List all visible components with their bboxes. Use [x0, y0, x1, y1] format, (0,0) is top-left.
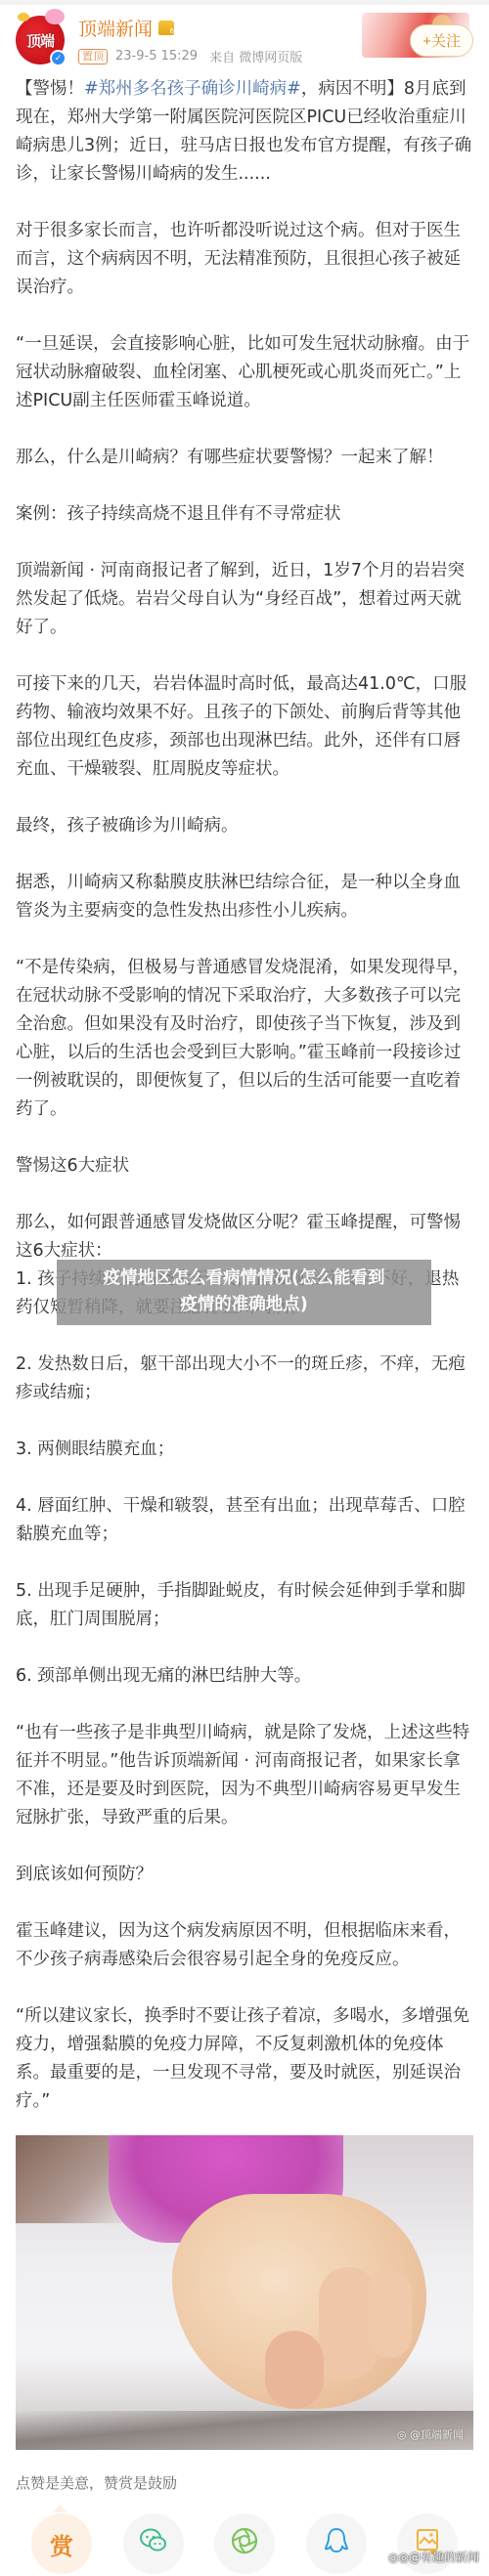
- hashtag-link[interactable]: #郑州多名孩子确诊川崎病#: [84, 79, 301, 99]
- intro-paragraph: 【警惕！#郑州多名孩子确诊川崎病#，病因不明】8月底到现在，郑州大学第一附属医院…: [16, 75, 473, 189]
- section-heading: 到底该如何预防？: [16, 1861, 473, 1889]
- user-name[interactable]: 顶端新闻: [78, 15, 153, 41]
- qq-penguin-icon: [324, 2526, 349, 2561]
- follow-button[interactable]: +关注: [410, 24, 473, 57]
- reward-pointer-arrow: [53, 2505, 67, 2512]
- section-heading: 案例：孩子持续高烧不退且伴有不寻常症状: [16, 500, 473, 529]
- share-moments-button[interactable]: [214, 2513, 275, 2574]
- wechat-icon: [139, 2527, 168, 2560]
- paragraph: 顶端新闻 · 河南商报记者了解到，近日，1岁7个月的岩岩突然发起了低烧。岩岩父母…: [16, 557, 473, 642]
- paragraph: 霍玉峰建议，因为这个病发病原因不明，但根据临床来看，不少孩子病毒感染后会很容易引…: [16, 1917, 473, 1974]
- image-watermark: ◎ @顶端新闻: [397, 2426, 464, 2442]
- avatar-text: 顶端: [26, 30, 54, 51]
- paragraph: 那么，什么是川崎病？有哪些症状要警惕？一起来了解！: [16, 444, 473, 472]
- image-finger: [368, 2270, 412, 2358]
- title-overlay-banner: 疫情地区怎么看病情情况(怎么能看到 疫情的准确地点): [57, 1260, 431, 1325]
- symptom-item: 2. 发热数日后，躯干部出现大小不一的斑丘疹，不痒，无疱疹或结痂；: [16, 1351, 473, 1407]
- avatar-decoration-icon: [18, 13, 29, 21]
- share-wechat-button[interactable]: [123, 2513, 184, 2574]
- pinned-tag: 置顶: [78, 49, 108, 64]
- symptom-item: 4. 唇面红肿、干燥和皲裂，甚至有出血；出现草莓舌、口腔黏膜充血等；: [16, 1492, 473, 1549]
- paragraph: “所以建议家长，换季时不要让孩子着凉，多喝水，多增强免疫力，增强黏膜的免疫力屏障…: [16, 2002, 473, 2116]
- overlay-line-1: 疫情地区怎么看病情情况(怎么能看到: [57, 1266, 431, 1292]
- paragraph: “也有一些孩子是非典型川崎病，就是除了发烧，上述这些特征并不明显。”他告诉顶端新…: [16, 1719, 473, 1832]
- post-source: 来自 微博网页版: [209, 47, 302, 65]
- post-content: 【警惕！#郑州多名孩子确诊川崎病#，病因不明】8月底到现在，郑州大学第一附属医院…: [0, 75, 489, 2116]
- paragraph: 可接下来的几天，岩岩体温时高时低，最高达41.0℃，口服药物、输液均效果不好。且…: [16, 670, 473, 784]
- paragraph: “不是传染病，但极易与普通感冒发烧混淆，如果发现得早，在冠状动脉不受影响的情况下…: [16, 954, 473, 1124]
- post-image[interactable]: ◎ @顶端新闻: [16, 2135, 473, 2450]
- site-watermark: ◎◎@有趣的新闻: [388, 2549, 479, 2565]
- avatar-pig-icon: [45, 9, 65, 24]
- overlay-line-2: 疫情的准确地点): [57, 1292, 431, 1318]
- symptom-item: 3. 两侧眼结膜充血；: [16, 1436, 473, 1464]
- paragraph: “一旦延误，会直接影响心脏，比如可发生冠状动脉瘤。由于冠状动脉瘤破裂、血栓闭塞、…: [16, 330, 473, 415]
- paragraph: 据悉，川崎病又称黏膜皮肤淋巴结综合征，是一种以全身血管炎为主要病变的急性发热出疹…: [16, 869, 473, 925]
- reward-icon: 赏: [50, 2527, 73, 2561]
- image-finger: [265, 2331, 324, 2409]
- post-header: 顶端 ✓ 顶端新闻 6 置顶 23-9-5 15:29 来自 微博网页版 +关注: [0, 5, 489, 75]
- reward-section: 点赞是美意，赞赏是鼓励: [16, 2472, 473, 2493]
- symptom-item: 6. 颈部单侧出现无痛的淋巴结肿大等。: [16, 1662, 473, 1691]
- avatar[interactable]: 顶端 ✓: [16, 16, 65, 64]
- user-meta: 顶端新闻 6 置顶 23-9-5 15:29 来自 微博网页版: [78, 15, 302, 65]
- post-timestamp: 23-9-5 15:29: [115, 49, 198, 64]
- paragraph: 最终，孩子被确诊为川崎病。: [16, 812, 473, 840]
- intro-prefix: 【警惕！: [16, 79, 84, 99]
- section-heading: 警惕这6大症状: [16, 1152, 473, 1181]
- meta-row: 置顶 23-9-5 15:29 来自 微博网页版: [78, 47, 302, 65]
- paragraph: 对于很多家长而言，也许听都没听说过这个病。但对于医生而言，这个病病因不明，无法精…: [16, 217, 473, 302]
- user-name-row: 顶端新闻 6: [78, 15, 302, 41]
- share-qq-button[interactable]: [306, 2513, 367, 2574]
- vip-crown-icon: 6: [158, 21, 174, 35]
- paragraph: 那么，如何跟普通感冒发烧做区分呢？霍玉峰提醒，可警惕这6大症状：: [16, 1209, 473, 1266]
- image-watermark-text: @顶端新闻: [410, 2428, 464, 2441]
- reward-caption: 点赞是美意，赞赏是鼓励: [16, 2472, 473, 2493]
- moments-aperture-icon: [230, 2526, 259, 2561]
- reward-button[interactable]: 赏: [31, 2513, 92, 2574]
- symptom-item: 5. 出现手足硬肿，手指脚趾蜕皮，有时候会延伸到手掌和脚底，肛门周围脱屑；: [16, 1577, 473, 1634]
- verified-badge-icon: ✓: [50, 50, 67, 66]
